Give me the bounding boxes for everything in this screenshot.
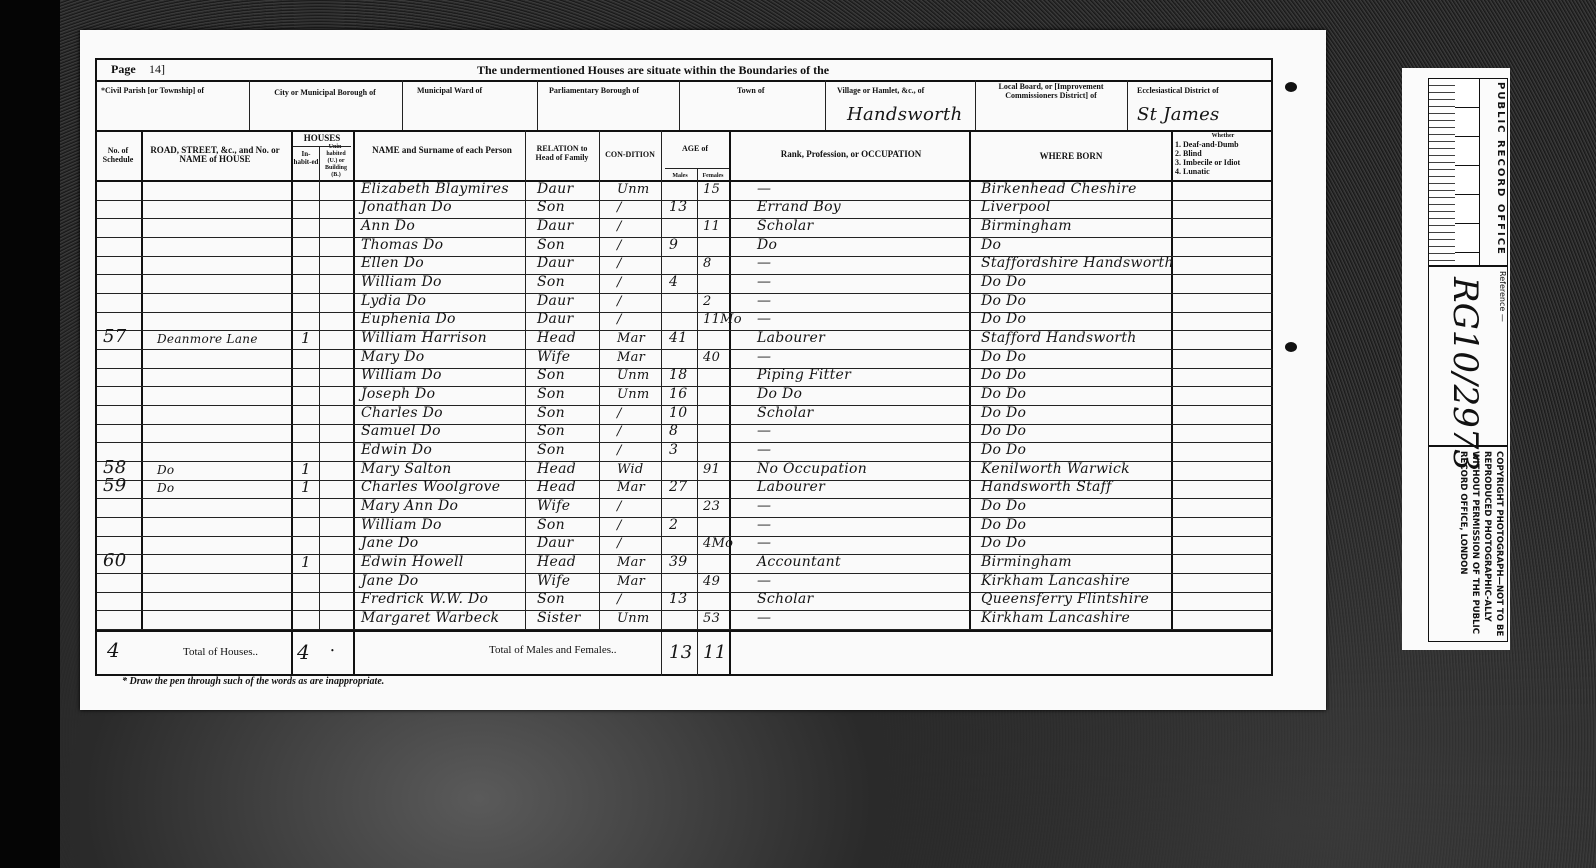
- total-females: 11: [703, 642, 727, 663]
- background-edge: [0, 0, 60, 868]
- cell-where-born: Birmingham: [981, 218, 1072, 234]
- cell-relation: Son: [537, 274, 565, 290]
- cell-where-born: Do Do: [981, 386, 1026, 402]
- cell-condition: /: [617, 275, 622, 290]
- col-occupation: Rank, Profession, or OCCUPATION: [731, 150, 971, 159]
- cell-occupation: Labourer: [757, 479, 825, 495]
- cell-name: William Harrison: [361, 330, 487, 346]
- header-local-board: Local Board, or [Improvement Commissione…: [981, 82, 1121, 100]
- cell-occupation: Scholar: [757, 218, 814, 234]
- table-row: 57Deanmore Lane1William HarrisonHeadMar4…: [97, 331, 1273, 350]
- cell-occupation: Do: [757, 237, 777, 253]
- cell-age-male: 4: [669, 274, 678, 290]
- cell-where-born: Do Do: [981, 442, 1026, 458]
- cell-condition: Mar: [617, 331, 645, 346]
- cell-name: Jonathan Do: [361, 199, 452, 215]
- header-civil-parish: *Civil Parish [or Township] of: [101, 86, 204, 95]
- ruler-scale: [1429, 79, 1456, 265]
- cell-age-female: 53: [703, 611, 720, 626]
- cell-condition: /: [617, 294, 622, 309]
- cell-age-female: 2: [703, 294, 712, 309]
- table-row: Joseph DoSonUnm16Do DoDo Do: [97, 387, 1273, 406]
- cell-relation: Daur: [537, 535, 573, 551]
- census-rows: Elizabeth BlaymiresDaurUnm15—Birkenhead …: [97, 182, 1273, 630]
- cell-relation: Wife: [537, 573, 570, 589]
- cell-name: Mary Ann Do: [361, 498, 458, 514]
- col-whether-list: 1. Deaf-and-Dumb 2. Blind 3. Imbecile or…: [1175, 140, 1240, 176]
- cell-where-born: Do Do: [981, 535, 1026, 551]
- cell-condition: Mar: [617, 350, 645, 365]
- whether-item-3: 3. Imbecile or Idiot: [1175, 158, 1240, 167]
- cell-name: Thomas Do: [361, 237, 443, 253]
- cell-name: Elizabeth Blaymires: [361, 181, 509, 197]
- cell-age-male: 8: [669, 423, 678, 439]
- cell-age-male: 2: [669, 517, 678, 533]
- cell-where-born: Do Do: [981, 274, 1026, 290]
- cell-name: Ann Do: [361, 218, 415, 234]
- cell-where-born: Kenilworth Warwick: [981, 461, 1130, 477]
- col-name: NAME and Surname of each Person: [367, 146, 517, 155]
- table-row: Jane DoWifeMar49—Kirkham Lancashire: [97, 574, 1273, 593]
- cell-condition: Unm: [617, 182, 650, 197]
- whether-item-4: 4. Lunatic: [1175, 167, 1240, 176]
- cell-age-male: 27: [669, 479, 687, 495]
- cell-age-female: 40: [703, 350, 720, 365]
- cell-inhabited: 1: [301, 460, 311, 478]
- cell-age-male: 41: [669, 330, 687, 346]
- cell-name: Samuel Do: [361, 423, 441, 439]
- cell-occupation: —: [757, 423, 771, 439]
- cell-occupation: Accountant: [757, 554, 841, 570]
- cell-condition: /: [617, 200, 622, 215]
- cell-name: William Do: [361, 517, 442, 533]
- table-row: Mary DoWifeMar40—Do Do: [97, 350, 1273, 369]
- col-where-born: WHERE BORN: [971, 152, 1171, 161]
- cell-road: Do: [157, 481, 174, 495]
- table-row: Ellen DoDaur/8—Staffordshire Handsworth: [97, 257, 1273, 276]
- cell-condition: /: [617, 312, 622, 327]
- col-age: AGE of: [665, 144, 725, 153]
- total-males: 13: [669, 642, 693, 663]
- cell-relation: Son: [537, 517, 565, 533]
- cell-name: Mary Salton: [361, 461, 452, 477]
- copyright-notice: COPYRIGHT PHOTOGRAPH—NOT TO BE REPRODUCE…: [1457, 451, 1505, 637]
- table-row: 58Do1Mary SaltonHeadWid91No OccupationKe…: [97, 462, 1273, 481]
- table-row: 59Do1Charles WoolgroveHeadMar27LabourerH…: [97, 481, 1273, 500]
- header-town: Town of: [737, 86, 765, 95]
- cell-where-born: Birmingham: [981, 554, 1072, 570]
- cell-relation: Son: [537, 405, 565, 421]
- cell-schedule: 57: [103, 326, 127, 347]
- ruler-cm-scale: [1455, 79, 1480, 265]
- cell-occupation: —: [757, 274, 771, 290]
- cell-name: Mary Do: [361, 349, 425, 365]
- cell-condition: /: [617, 536, 622, 551]
- table-row: Margaret WarbeckSisterUnm53—Kirkham Lanc…: [97, 611, 1273, 630]
- cell-where-born: Do Do: [981, 367, 1026, 383]
- cell-where-born: Do: [981, 237, 1001, 253]
- cell-age-female: 4Mo: [703, 536, 733, 551]
- cell-where-born: Do Do: [981, 311, 1026, 327]
- table-row: Lydia DoDaur/2—Do Do: [97, 294, 1273, 313]
- cell-condition: /: [617, 499, 622, 514]
- reference-box: Reference — RG10/2973: [1428, 266, 1508, 446]
- cell-relation: Head: [537, 479, 576, 495]
- cell-condition: /: [617, 518, 622, 533]
- cell-road: Do: [157, 463, 174, 477]
- col-inhabited: In-habit-ed: [293, 150, 319, 166]
- total-houses-uninhabited: •: [331, 646, 334, 655]
- cell-occupation: —: [757, 573, 771, 589]
- reference-card-heading: PUBLIC RECORD OFFICE: [1495, 82, 1506, 256]
- total-houses-label: Total of Houses..: [183, 646, 258, 658]
- footnote: * Draw the pen through such of the words…: [122, 676, 384, 687]
- reference-value: RG10/2973: [1445, 277, 1485, 471]
- cell-condition: Mar: [617, 555, 645, 570]
- cell-condition: /: [617, 406, 622, 421]
- document-title: The undermentioned Houses are situate wi…: [477, 63, 829, 78]
- cell-occupation: —: [757, 610, 771, 626]
- cell-name: Jane Do: [361, 573, 418, 589]
- whether-item-1: 1. Deaf-and-Dumb: [1175, 140, 1240, 149]
- cell-age-female: 11Mo: [703, 312, 742, 327]
- cell-occupation: Scholar: [757, 405, 814, 421]
- table-row: Euphenia DoDaur/11Mo—Do Do: [97, 313, 1273, 332]
- cell-condition: Mar: [617, 480, 645, 495]
- cell-occupation: —: [757, 517, 771, 533]
- table-row: William DoSon/2—Do Do: [97, 518, 1273, 537]
- cell-age-male: 10: [669, 405, 687, 421]
- cell-name: Charles Woolgrove: [361, 479, 500, 495]
- binding-hole-top: [1285, 82, 1297, 92]
- cell-relation: Son: [537, 199, 565, 215]
- cell-road: Deanmore Lane: [157, 332, 258, 346]
- cell-occupation: —: [757, 311, 771, 327]
- cell-relation: Son: [537, 591, 565, 607]
- header-village: Village or Hamlet, &c., of: [837, 86, 924, 95]
- reference-card: PUBLIC RECORD OFFICE Reference — RG10/29…: [1402, 68, 1510, 650]
- copyright-box: COPYRIGHT PHOTOGRAPH—NOT TO BE REPRODUCE…: [1428, 446, 1508, 642]
- cell-name: Lydia Do: [361, 293, 426, 309]
- cell-where-born: Liverpool: [981, 199, 1051, 215]
- cell-age-male: 9: [669, 237, 678, 253]
- cell-age-female: 11: [703, 219, 720, 234]
- cell-where-born: Kirkham Lancashire: [981, 610, 1130, 626]
- cell-relation: Son: [537, 423, 565, 439]
- cell-inhabited: 1: [301, 478, 311, 496]
- cell-relation: Sister: [537, 610, 581, 626]
- col-road: ROAD, STREET, &c., and No. or NAME of HO…: [145, 146, 285, 164]
- cell-condition: Unm: [617, 368, 650, 383]
- cell-occupation: —: [757, 255, 771, 271]
- cell-relation: Daur: [537, 218, 573, 234]
- cell-age-male: 16: [669, 386, 687, 402]
- cell-relation: Son: [537, 237, 565, 253]
- table-row: William DoSon/4—Do Do: [97, 275, 1273, 294]
- cell-name: Euphenia Do: [361, 311, 456, 327]
- cell-relation: Son: [537, 367, 565, 383]
- cell-inhabited: 1: [301, 329, 311, 347]
- cell-where-born: Kirkham Lancashire: [981, 573, 1130, 589]
- cell-occupation: —: [757, 293, 771, 309]
- table-row: Mary Ann DoWife/23—Do Do: [97, 499, 1273, 518]
- cell-age-male: 13: [669, 591, 687, 607]
- cell-where-born: Queensferry Flintshire: [981, 591, 1149, 607]
- cell-occupation: No Occupation: [757, 461, 867, 477]
- cell-where-born: Do Do: [981, 405, 1026, 421]
- col-relation: RELATION to Head of Family: [529, 144, 595, 162]
- cell-age-female: 49: [703, 574, 720, 589]
- table-row: Samuel DoSon/8—Do Do: [97, 425, 1273, 444]
- cell-condition: Wid: [617, 462, 644, 477]
- table-row: Ann DoDaur/11ScholarBirmingham: [97, 219, 1273, 238]
- col-condition: CON-DITION: [605, 150, 655, 159]
- total-houses-inhabited: 4: [297, 640, 310, 664]
- table-row: Charles DoSon/10ScholarDo Do: [97, 406, 1273, 425]
- cell-age-male: 39: [669, 554, 687, 570]
- cell-where-born: Handsworth Staff: [981, 479, 1112, 495]
- page-label: Page: [111, 62, 136, 77]
- cell-where-born: Staffordshire Handsworth: [981, 255, 1174, 271]
- header-ecclesiastical-district: Ecclesiastical District of: [1137, 86, 1219, 95]
- cell-inhabited: 1: [301, 553, 311, 571]
- cell-name: Edwin Howell: [361, 554, 464, 570]
- ecclesiastical-value: St James: [1137, 104, 1220, 125]
- col-houses: HOUSES: [293, 134, 351, 143]
- table-row: William DoSonUnm18Piping FitterDo Do: [97, 369, 1273, 388]
- cell-where-born: Do Do: [981, 517, 1026, 533]
- cell-occupation: Do Do: [757, 386, 802, 402]
- col-uninhabited: Unin-habited (U.) or Building (B.): [321, 144, 351, 179]
- table-row: Edwin DoSon/3—Do Do: [97, 443, 1273, 462]
- cell-age-male: 3: [669, 442, 678, 458]
- cell-relation: Daur: [537, 293, 573, 309]
- cell-occupation: —: [757, 181, 771, 197]
- cell-name: Ellen Do: [361, 255, 424, 271]
- page-number: 14]: [149, 62, 165, 77]
- cell-name: William Do: [361, 274, 442, 290]
- cell-name: Jane Do: [361, 535, 418, 551]
- table-row: Jane DoDaur/4Mo—Do Do: [97, 537, 1273, 556]
- cell-occupation: —: [757, 535, 771, 551]
- cell-where-born: Do Do: [981, 423, 1026, 439]
- cell-where-born: Birkenhead Cheshire: [981, 181, 1137, 197]
- cell-where-born: Do Do: [981, 498, 1026, 514]
- total-schedules: 4: [107, 638, 120, 662]
- cell-relation: Daur: [537, 311, 573, 327]
- cell-age-female: 8: [703, 256, 712, 271]
- header-parliamentary-borough: Parliamentary Borough of: [549, 86, 639, 95]
- cell-schedule: 60: [103, 550, 127, 571]
- cell-occupation: Scholar: [757, 591, 814, 607]
- cell-name: Edwin Do: [361, 442, 432, 458]
- reference-label: Reference —: [1498, 271, 1507, 322]
- table-row: Thomas DoSon/9DoDo: [97, 238, 1273, 257]
- cell-age-female: 91: [703, 462, 720, 477]
- cell-relation: Wife: [537, 349, 570, 365]
- table-row: Fredrick W.W. DoSon/13ScholarQueensferry…: [97, 593, 1273, 612]
- cell-name: Margaret Warbeck: [361, 610, 499, 626]
- cell-schedule: 59: [103, 475, 127, 496]
- cell-occupation: Labourer: [757, 330, 825, 346]
- cell-age-male: 13: [669, 199, 687, 215]
- cell-age-male: 18: [669, 367, 687, 383]
- cell-relation: Son: [537, 386, 565, 402]
- total-persons-label: Total of Males and Females..: [489, 644, 617, 656]
- cell-condition: /: [617, 256, 622, 271]
- cell-occupation: Piping Fitter: [757, 367, 851, 383]
- cell-occupation: —: [757, 349, 771, 365]
- cell-age-female: 15: [703, 182, 720, 197]
- whether-item-2: 2. Blind: [1175, 149, 1240, 158]
- cell-name: Charles Do: [361, 405, 443, 421]
- cell-condition: Unm: [617, 611, 650, 626]
- cell-condition: Unm: [617, 387, 650, 402]
- cell-condition: /: [617, 443, 622, 458]
- cell-where-born: Stafford Handsworth: [981, 330, 1137, 346]
- cell-relation: Wife: [537, 498, 570, 514]
- cell-condition: /: [617, 592, 622, 607]
- table-row: 601Edwin HowellHeadMar39AccountantBirmin…: [97, 555, 1273, 574]
- cell-relation: Head: [537, 554, 576, 570]
- cell-age-female: 23: [703, 499, 720, 514]
- cell-where-born: Do Do: [981, 349, 1026, 365]
- cell-name: Joseph Do: [361, 386, 435, 402]
- census-table: Page 14] The undermentioned Houses are s…: [95, 58, 1273, 676]
- cell-relation: Daur: [537, 255, 573, 271]
- cell-condition: /: [617, 424, 622, 439]
- cell-relation: Head: [537, 330, 576, 346]
- table-row: Jonathan DoSon/13Errand BoyLiverpool: [97, 201, 1273, 220]
- village-value: Handsworth: [847, 104, 962, 125]
- cell-name: Fredrick W.W. Do: [361, 591, 488, 607]
- cell-occupation: Errand Boy: [757, 199, 841, 215]
- cell-relation: Son: [537, 442, 565, 458]
- cell-relation: Daur: [537, 181, 573, 197]
- cell-condition: /: [617, 219, 622, 234]
- cell-where-born: Do Do: [981, 293, 1026, 309]
- cell-name: William Do: [361, 367, 442, 383]
- cell-condition: /: [617, 238, 622, 253]
- col-schedule: No. of Schedule: [99, 146, 137, 164]
- cell-condition: Mar: [617, 574, 645, 589]
- cell-occupation: —: [757, 442, 771, 458]
- binding-hole-bottom: [1285, 342, 1297, 352]
- header-municipal-ward: Municipal Ward of: [417, 86, 482, 95]
- header-municipal-borough: City or Municipal Borough of: [265, 88, 385, 97]
- table-row: Elizabeth BlaymiresDaurUnm15—Birkenhead …: [97, 182, 1273, 201]
- cell-occupation: —: [757, 498, 771, 514]
- cell-relation: Head: [537, 461, 576, 477]
